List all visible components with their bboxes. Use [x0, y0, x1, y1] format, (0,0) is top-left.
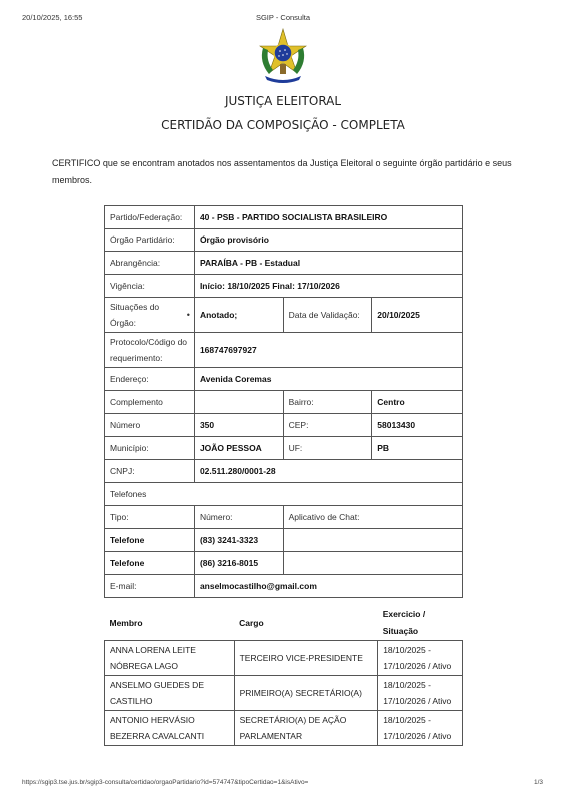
party-organ-info-table: Partido/Federação: 40 - PSB - PARTIDO SO…	[104, 205, 463, 598]
cnpj-label: CNPJ:	[105, 460, 195, 483]
abrangencia-label: Abrangência:	[105, 252, 195, 275]
member-term: 18/10/2025 - 17/10/2026 / Ativo	[378, 676, 463, 711]
member-term: 18/10/2025 - 17/10/2026 / Ativo	[378, 711, 463, 746]
phone-number: (83) 3241-3323	[194, 529, 283, 552]
members-header-row: Membro Cargo Exercicio / Situação	[105, 606, 463, 641]
situacoes-value: Anotado;	[194, 298, 283, 333]
member-role: TERCEIRO VICE-PRESIDENTE	[234, 641, 378, 676]
member-term: 18/10/2025 - 17/10/2026 / Ativo	[378, 641, 463, 676]
print-footer-url: https://sgip3.tse.jus.br/sgip3-consulta/…	[22, 779, 308, 786]
members-table: Membro Cargo Exercicio / Situação ANNA L…	[104, 606, 463, 746]
partido-value: 40 - PSB - PARTIDO SOCIALISTA BRASILEIRO	[194, 206, 462, 229]
row-orgao: Órgão Partidário: Órgão provisório	[105, 229, 463, 252]
row-complemento: Complemento Bairro: Centro	[105, 391, 463, 414]
protocolo-label: Protocolo/Código do requerimento:	[105, 333, 195, 368]
cnpj-value: 02.511.280/0001-28	[194, 460, 462, 483]
uf-label: UF:	[283, 437, 372, 460]
row-abrangencia: Abrangência: PARAÍBA - PB - Estadual	[105, 252, 463, 275]
chat-header: Aplicativo de Chat:	[283, 506, 462, 529]
municipio-value: JOÃO PESSOA	[194, 437, 283, 460]
institution-name: JUSTIÇA ELEITORAL	[0, 94, 566, 108]
cargo-header: Cargo	[234, 606, 378, 641]
member-row: ANSELMO GUEDES DE CASTILHO PRIMEIRO(A) S…	[105, 676, 463, 711]
row-cnpj: CNPJ: 02.511.280/0001-28	[105, 460, 463, 483]
numero-value: 350	[194, 414, 283, 437]
member-name: ANNA LORENA LEITE NÓBREGA LAGO	[105, 641, 235, 676]
vigencia-value: Início: 18/10/2025 Final: 17/10/2026	[194, 275, 462, 298]
orgao-label: Órgão Partidário:	[105, 229, 195, 252]
cep-value: 58013430	[372, 414, 463, 437]
membro-header: Membro	[105, 606, 235, 641]
numero-label: Número	[105, 414, 195, 437]
abrangencia-value: PARAÍBA - PB - Estadual	[194, 252, 462, 275]
email-value: anselmocastilho@gmail.com	[194, 575, 462, 598]
member-role: SECRETÁRIO(A) DE AÇÃO PARLAMENTAR	[234, 711, 378, 746]
cep-label: CEP:	[283, 414, 372, 437]
phone-row: Telefone (83) 3241-3323	[105, 529, 463, 552]
row-endereco: Endereço: Avenida Coremas	[105, 368, 463, 391]
row-email: E-mail: anselmocastilho@gmail.com	[105, 575, 463, 598]
exercicio-header: Exercicio / Situação	[378, 606, 463, 641]
numero-header: Número:	[194, 506, 283, 529]
vigencia-label: Vigência:	[105, 275, 195, 298]
data-validacao-value: 20/10/2025	[372, 298, 463, 333]
document-title: CERTIDÃO DA COMPOSIÇÃO - COMPLETA	[0, 118, 566, 132]
data-validacao-label: Data de Validação:	[283, 298, 372, 333]
bairro-value: Centro	[372, 391, 463, 414]
tipo-header: Tipo:	[105, 506, 195, 529]
complemento-label: Complemento	[105, 391, 195, 414]
protocolo-value: 168747697927	[194, 333, 462, 368]
phone-number: (86) 3216-8015	[194, 552, 283, 575]
telefones-label: Telefones	[105, 483, 463, 506]
situacoes-label-cell: Situações do Órgão: •	[105, 298, 195, 333]
endereco-value: Avenida Coremas	[194, 368, 462, 391]
row-municipio: Município: JOÃO PESSOA UF: PB	[105, 437, 463, 460]
row-partido: Partido/Federação: 40 - PSB - PARTIDO SO…	[105, 206, 463, 229]
complemento-value	[194, 391, 283, 414]
phone-chat	[283, 529, 462, 552]
phone-row: Telefone (86) 3216-8015	[105, 552, 463, 575]
bairro-label: Bairro:	[283, 391, 372, 414]
bullet-icon: •	[187, 307, 190, 323]
member-name: ANTONIO HERVÁSIO BEZERRA CAVALCANTI	[105, 711, 235, 746]
phone-type: Telefone	[105, 529, 195, 552]
certification-text: CERTIFICO que se encontram anotados nos …	[52, 155, 522, 189]
row-protocolo: Protocolo/Código do requerimento: 168747…	[105, 333, 463, 368]
orgao-value: Órgão provisório	[194, 229, 462, 252]
endereco-label: Endereço:	[105, 368, 195, 391]
row-situacoes: Situações do Órgão: • Anotado; Data de V…	[105, 298, 463, 333]
phone-type: Telefone	[105, 552, 195, 575]
brazil-coat-of-arms-icon	[253, 26, 313, 86]
municipio-label: Município:	[105, 437, 195, 460]
print-page-title: SGIP - Consulta	[0, 13, 566, 22]
row-telefones: Telefones	[105, 483, 463, 506]
row-numero: Número 350 CEP: 58013430	[105, 414, 463, 437]
phone-chat	[283, 552, 462, 575]
uf-value: PB	[372, 437, 463, 460]
row-vigencia: Vigência: Início: 18/10/2025 Final: 17/1…	[105, 275, 463, 298]
situacoes-label: Situações do Órgão:	[110, 299, 172, 331]
member-row: ANTONIO HERVÁSIO BEZERRA CAVALCANTI SECR…	[105, 711, 463, 746]
email-label: E-mail:	[105, 575, 195, 598]
print-page-number: 1/3	[534, 779, 543, 786]
member-row: ANNA LORENA LEITE NÓBREGA LAGO TERCEIRO …	[105, 641, 463, 676]
member-role: PRIMEIRO(A) SECRETÁRIO(A)	[234, 676, 378, 711]
row-phone-headers: Tipo: Número: Aplicativo de Chat:	[105, 506, 463, 529]
member-name: ANSELMO GUEDES DE CASTILHO	[105, 676, 235, 711]
partido-label: Partido/Federação:	[105, 206, 195, 229]
